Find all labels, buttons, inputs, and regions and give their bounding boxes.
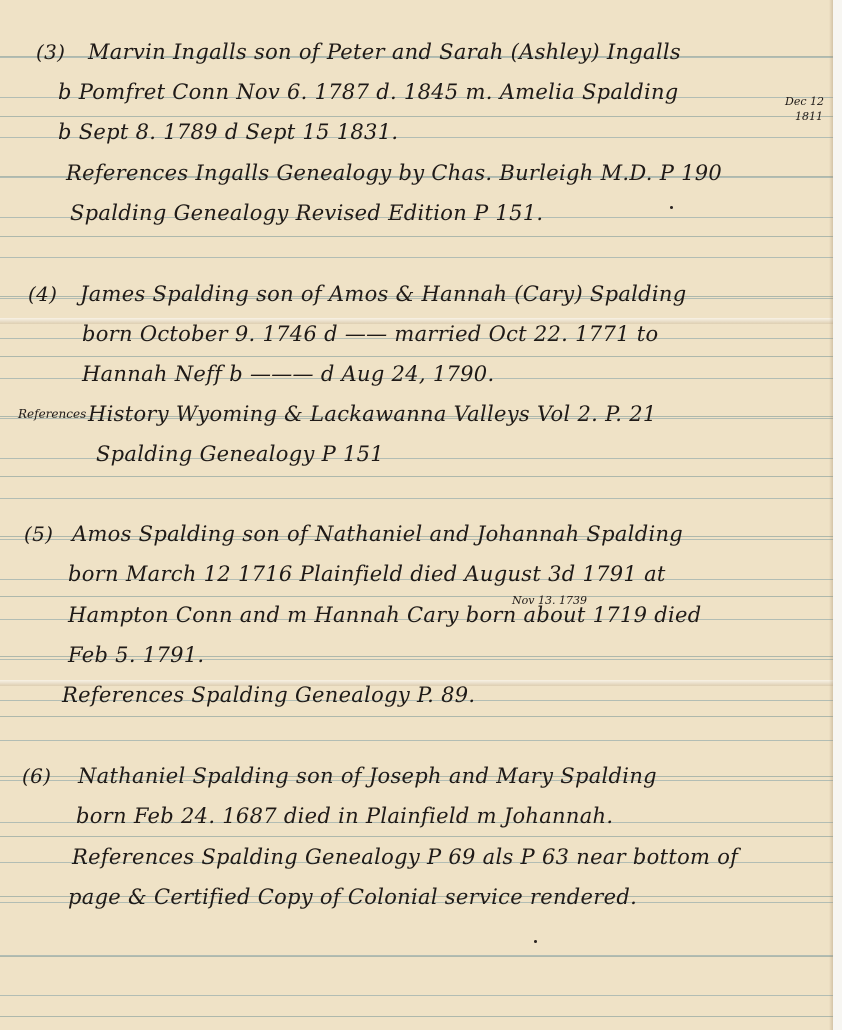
- paper-edge: [829, 0, 833, 1030]
- marginal-annotation: Dec 12: [785, 95, 824, 108]
- entry-line: Hannah Neff b ——— d Aug 24, 1790.: [82, 362, 494, 386]
- rule-line: [0, 740, 833, 741]
- ink-dot: [534, 940, 537, 943]
- rule-line: [0, 995, 833, 996]
- entry-line: Hampton Conn and m Hannah Cary born abou…: [68, 603, 701, 627]
- entry-line: b Pomfret Conn Nov 6. 1787 d. 1845 m. Am…: [58, 80, 679, 104]
- rule-line: [0, 498, 833, 499]
- ruled-paper-page: (3) Marvin Ingalls son of Peter and Sara…: [0, 0, 833, 1030]
- entry-line: Nathaniel Spalding son of Joseph and Mar…: [78, 764, 657, 788]
- margin-label-references: References: [18, 407, 86, 421]
- entry-line: James Spalding son of Amos & Hannah (Car…: [80, 282, 687, 306]
- entry-line: Amos Spalding son of Nathaniel and Johan…: [72, 522, 683, 546]
- rule-line: [0, 955, 833, 956]
- ink-dot: [670, 206, 673, 209]
- entry-number: (4): [28, 282, 57, 306]
- entry-number: (3): [36, 40, 65, 64]
- entry-number: (6): [22, 764, 51, 788]
- reference-line: Spalding Genealogy P 151: [96, 442, 384, 466]
- rule-line: [0, 257, 833, 258]
- entry-number: (5): [24, 522, 53, 546]
- reference-line: History Wyoming & Lackawanna Valleys Vol…: [88, 402, 657, 426]
- entry-line: born October 9. 1746 d —— married Oct 22…: [82, 322, 658, 346]
- reference-line: Spalding Genealogy Revised Edition P 151…: [70, 201, 543, 225]
- reference-line: References Spalding Genealogy P 69 als P…: [72, 845, 738, 869]
- reference-line: page & Certified Copy of Colonial servic…: [68, 885, 637, 909]
- entry-line: Feb 5. 1791.: [68, 643, 204, 667]
- entry-line: b Sept 8. 1789 d Sept 15 1831.: [58, 120, 398, 144]
- marginal-annotation: 1811: [795, 110, 823, 123]
- reference-line: References Spalding Genealogy P. 89.: [62, 683, 475, 707]
- reference-line: References Ingalls Genealogy by Chas. Bu…: [66, 161, 722, 185]
- entry-line: born Feb 24. 1687 died in Plainfield m J…: [76, 804, 613, 828]
- entry-line: born March 12 1716 Plainfield died Augus…: [68, 562, 666, 586]
- entry-line: Marvin Ingalls son of Peter and Sarah (A…: [88, 40, 681, 64]
